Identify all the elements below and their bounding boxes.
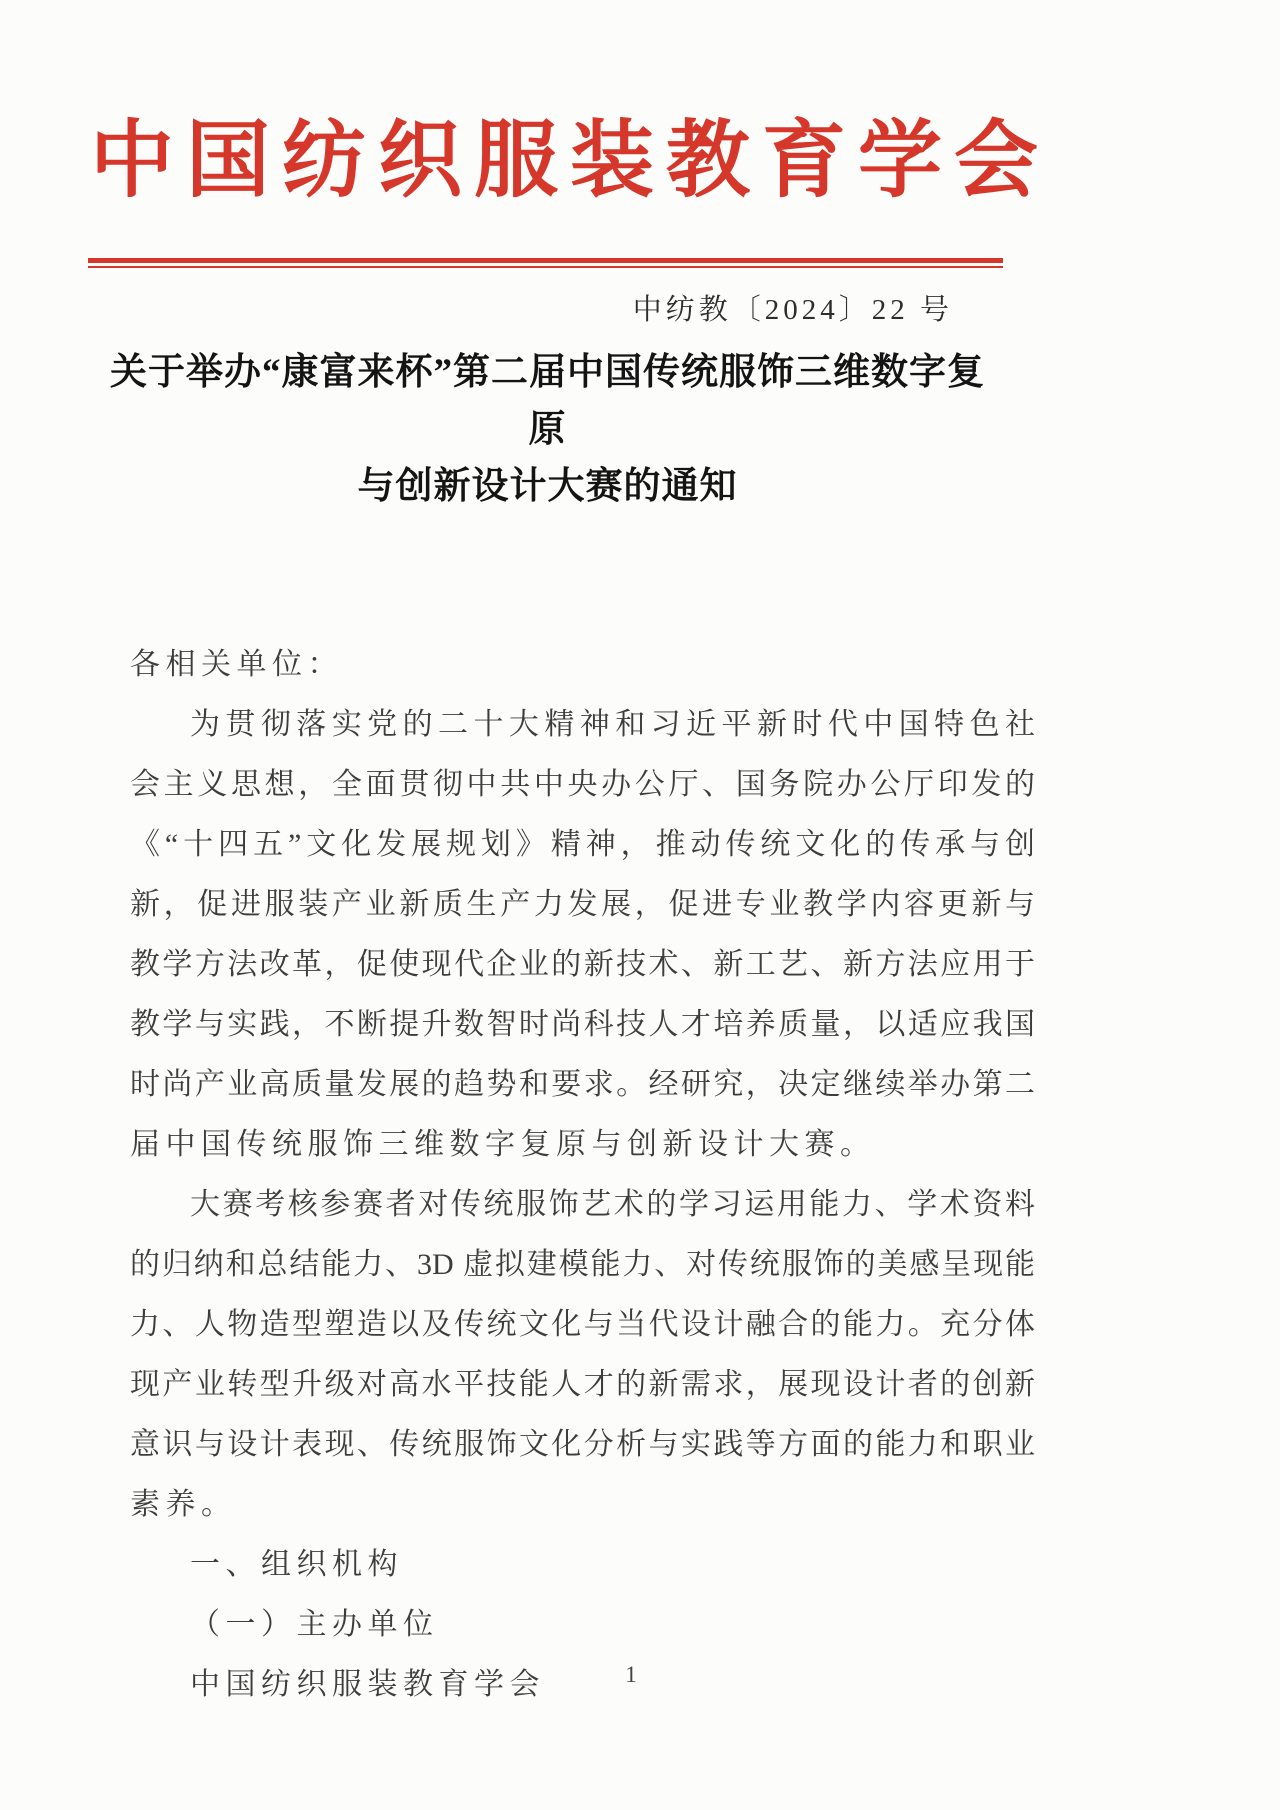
body-line: 现产业转型升级对高水平技能人才的新需求，展现设计者的创新	[130, 1355, 1035, 1415]
document-body: 各相关单位：为贯彻落实党的二十大精神和习近平新时代中国特色社会主义思想，全面贯彻…	[130, 635, 1035, 1715]
body-line: 会主义思想，全面贯彻中共中央办公厅、国务院办公厅印发的	[130, 755, 1035, 815]
body-line: 的归纳和总结能力、3D 虚拟建模能力、对传统服饰的美感呈现能	[130, 1235, 1035, 1295]
body-line: 时尚产业高质量发展的趋势和要求。经研究，决定继续举办第二	[130, 1055, 1035, 1115]
body-line: 大赛考核参赛者对传统服饰艺术的学习运用能力、学术资料	[130, 1175, 1035, 1235]
document-content: 中国纺织服装教育学会 中纺教〔2024〕22 号 关于举办“康富来杯”第二届中国…	[130, 112, 1035, 1715]
body-line: 教学与实践，不断提升数智时尚科技人才培养质量，以适应我国	[130, 995, 1035, 1055]
body-line: （一）主办单位	[130, 1595, 1035, 1655]
body-line: 《“十四五”文化发展规划》精神，推动传统文化的传承与创	[130, 815, 1035, 875]
letterhead-separator-rule	[88, 258, 1003, 268]
page-number: 1	[0, 1660, 1262, 1690]
body-line: 一、组织机构	[130, 1535, 1035, 1595]
document-reference-number: 中纺教〔2024〕22 号	[130, 290, 1035, 330]
notice-title-line2: 与创新设计大赛的通知	[95, 458, 1000, 515]
notice-title: 关于举办“康富来杯”第二届中国传统服饰三维数字复原 与创新设计大赛的通知	[95, 344, 1000, 515]
body-line: 力、人物造型塑造以及传统文化与当代设计融合的能力。充分体	[130, 1295, 1035, 1355]
body-line: 届中国传统服饰三维数字复原与创新设计大赛。	[130, 1115, 1035, 1175]
letterhead-org-name: 中国纺织服装教育学会	[90, 112, 995, 212]
body-line: 素养。	[130, 1475, 1035, 1535]
body-line: 教学方法改革，促使现代企业的新技术、新工艺、新方法应用于	[130, 935, 1035, 995]
body-line: 为贯彻落实党的二十大精神和习近平新时代中国特色社	[130, 695, 1035, 755]
body-line: 意识与设计表现、传统服饰文化分析与实践等方面的能力和职业	[130, 1415, 1035, 1475]
body-line: 各相关单位：	[130, 635, 1035, 695]
notice-title-line1: 关于举办“康富来杯”第二届中国传统服饰三维数字复原	[95, 344, 1000, 458]
scanned-document-page: 中国纺织服装教育学会 中纺教〔2024〕22 号 关于举办“康富来杯”第二届中国…	[0, 0, 1280, 1810]
body-line: 新，促进服装产业新质生产力发展，促进专业教学内容更新与	[130, 875, 1035, 935]
